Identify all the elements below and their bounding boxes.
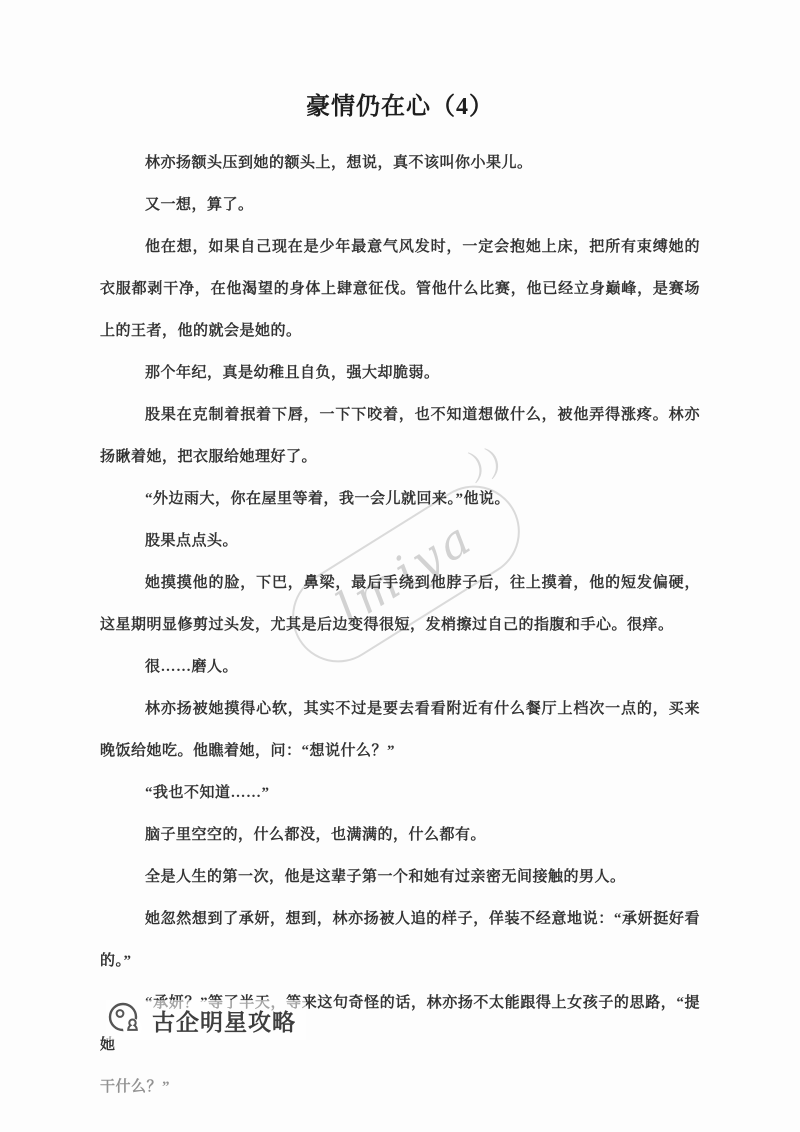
paragraph: 脑子里空空的，什么都没，也满满的，什么都有。: [100, 814, 700, 856]
document-content: 豪情仍在心（4） 林亦扬额头压到她的额头上，想说，真不该叫你小果儿。 又一想，算…: [100, 92, 700, 1108]
paragraph: 全是人生的第一次，他是这辈子第一个和她有过亲密无间接触的男人。: [100, 856, 700, 898]
paragraph: 林亦扬被她摸得心软，其实不过是要去看看附近有什么餐厅上档次一点的，买来晚饭给她吃…: [100, 688, 700, 772]
paragraph: 股果在克制着抿着下唇，一下下咬着，也不知道想做什么，被他弄得涨疼。林亦扬瞅着她，…: [100, 394, 700, 478]
source-logo: 古企明星攻略: [106, 1000, 306, 1040]
paragraph: “外边雨大，你在屋里等着，我一会儿就回来。”他说。: [100, 478, 700, 520]
page-title: 豪情仍在心（4）: [100, 92, 700, 122]
paragraph: “我也不知道……”: [100, 772, 700, 814]
paragraph: 她忽然想到了承妍，想到，林亦扬被人追的样子，佯装不经意地说：“承妍挺好看的。”: [100, 898, 700, 982]
source-logo-text: 古企明星攻略: [152, 1004, 296, 1037]
paragraph: 她摸摸他的脸，下巴，鼻梁，最后手绕到他脖子后，往上摸着，他的短发偏硬，这星期明显…: [100, 562, 700, 646]
paragraph: 很……磨人。: [100, 646, 700, 688]
paragraph: 股果点点头。: [100, 520, 700, 562]
penguin-badge-icon: [106, 1000, 144, 1040]
paragraph: 那个年纪，真是幼稚且自负，强大却脆弱。: [100, 352, 700, 394]
document-page: lmiya ）） 豪情仍在心（4） 林亦扬额头压到她的额头上，想说，真不该叫你小…: [0, 0, 800, 1132]
paragraph: 林亦扬额头压到她的额头上，想说，真不该叫你小果儿。: [100, 142, 700, 184]
paragraph: 又一想，算了。: [100, 184, 700, 226]
paragraph: 他在想，如果自己现在是少年最意气风发时，一定会抱她上床，把所有束缚她的衣服都剥干…: [100, 226, 700, 352]
paragraph-cutoff-faded: 干什么？”: [100, 1066, 700, 1108]
